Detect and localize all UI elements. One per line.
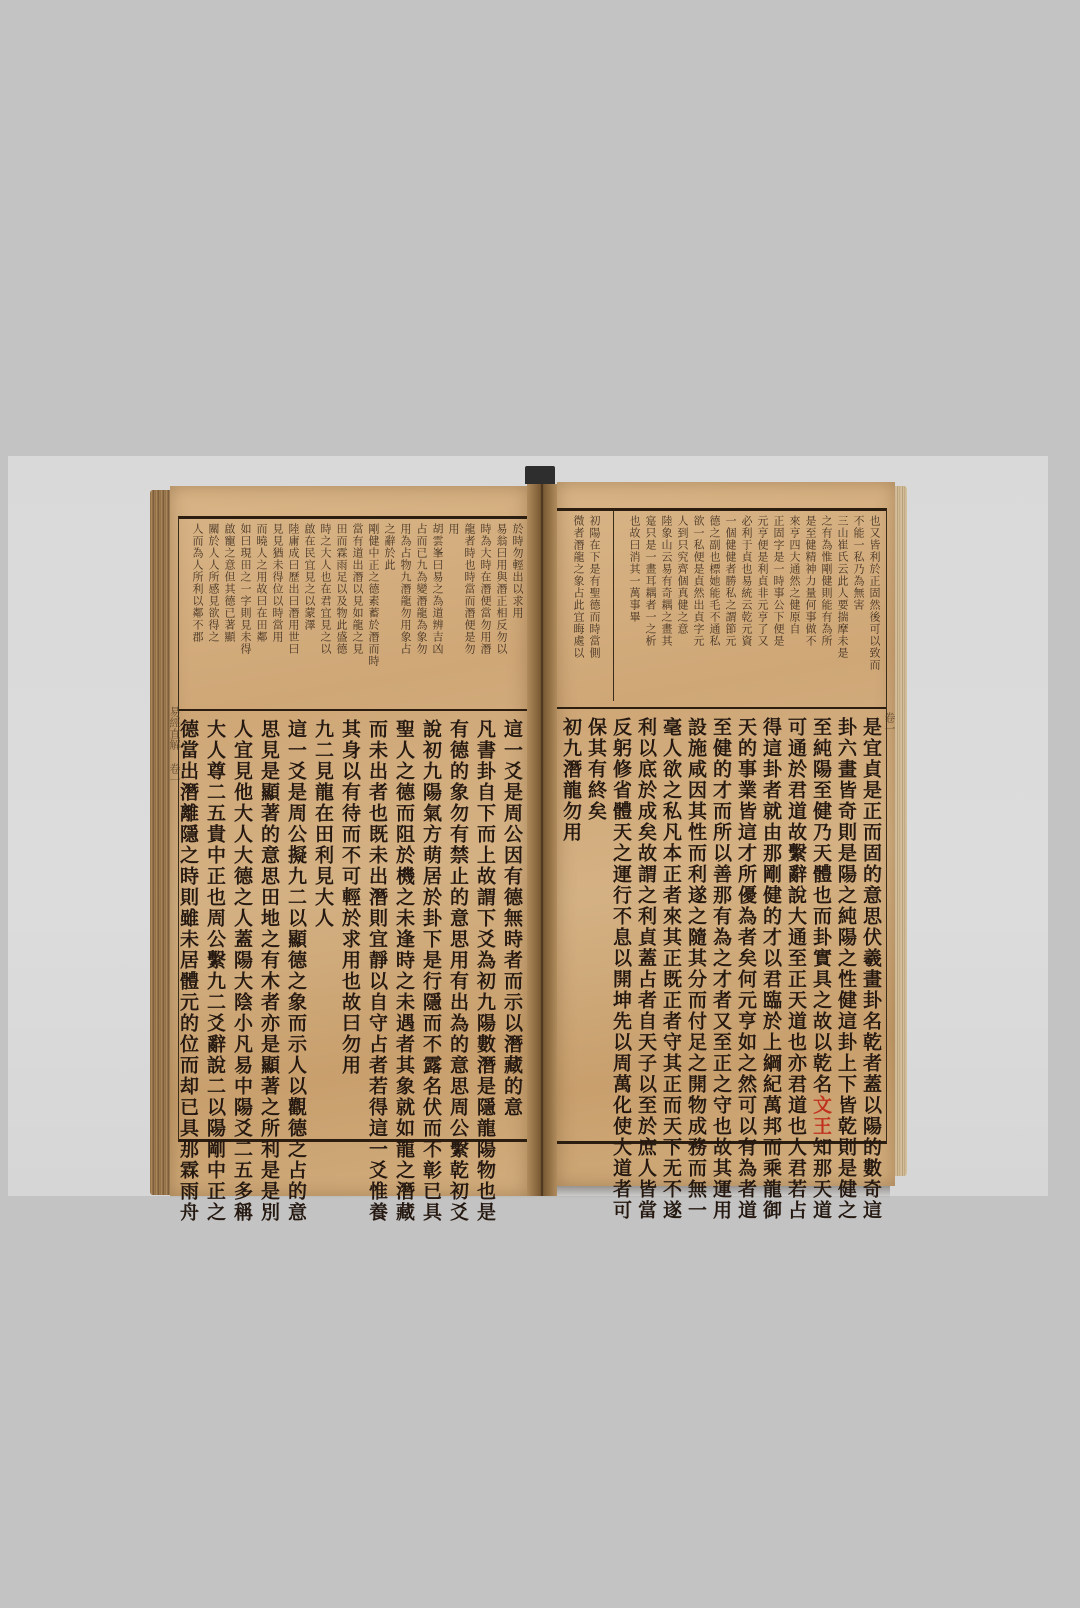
book-gutter (527, 484, 557, 1196)
annotation-column: 易翁曰用與潛正相反勿以 (496, 523, 507, 655)
text-column: 至純陽至健乃天體也而卦實具之故以乾名文王知那天道 (811, 717, 830, 1221)
annotation-column: 欲一私便是貞然出貞字元 (693, 515, 704, 647)
text-column: 思見是顯著的意思田地之有木者亦是顯著之所利是是別 (259, 719, 278, 1223)
text-column: 人宜見他大人大德之人蓋陽大陰小凡易中陽爻二五多稱 (232, 719, 251, 1223)
annotation-column: 見見猶未得位以時當用 (272, 523, 283, 643)
annotation-column: 也故曰消其一萬事畢 (629, 515, 640, 623)
text-column: 這一爻是周公擬九二以顯德之象而示人以觀德之占的意 (286, 719, 305, 1223)
text-column: 是宜貞是正而固的意思伏羲畫卦名乾者蓋以陽的數奇這 (861, 717, 880, 1221)
annotation-column: 用 (448, 523, 459, 535)
text-column: 反躬修省體天之運行不息以開坤先以周萬化使大道者可 (611, 717, 630, 1221)
annotation-column: 剛健中正之德素蓄於潛而時 (368, 523, 379, 667)
left-page: 於時勿輕出以求用易翁曰用與潛正相反勿以時為大時在潛便當勿用潛龍者時也時當而潛便是… (170, 486, 527, 1196)
annotation-column: 當有道出潛以見如龍之見 (352, 523, 363, 655)
annotation-column: 用為占物九潛龍勿用象占 (400, 523, 411, 655)
annotation-column: 陸庸成曰歷出曰潛用世曰 (288, 523, 299, 655)
side-annotation-column: 初陽在下是有聖德而時當側 (589, 515, 600, 659)
annotation-column: 人而為人所利以鄰不郡 (192, 523, 203, 643)
text-column: 而未出者也既未出潛則宜靜以自守占者若得這一爻惟養 (367, 719, 386, 1223)
annotation-band-rule (179, 709, 527, 711)
annotation-column: 關於人人所感見欲得之 (208, 523, 219, 643)
annotation-column: 啟在民宜見之以蒙澤 (304, 523, 315, 631)
text-column: 初九潛龍勿用 (561, 717, 580, 843)
annotation-column: 是至健精神力量何事做不 (805, 515, 816, 647)
text-column: 卦六畫皆奇則是陽之純陽之性健這卦上下皆乾則是健之 (836, 717, 855, 1221)
text-column: 凡書卦自下而上故謂下爻為初九陽數潛是隱龍陽物也是 (475, 719, 494, 1223)
right-page: 初陽在下是有聖德而時當側微者潛龍之象占此宜晦處以 也又皆利於正固然後可以致而不能… (557, 482, 895, 1186)
annotation-column: 田而霖雨足以及物此盛德 (336, 523, 347, 655)
annotation-column: 必利于貞也易統云乾元資 (741, 515, 752, 647)
text-column: 設施咸因其性而利遂之隨其分而付足之開物成務而無一 (686, 717, 705, 1221)
text-column: 毫人欲之私凡本正者來其正既正者守其正而天下无不遂 (661, 717, 680, 1221)
annotation-column: 如曰現田之一字則見未得 (240, 523, 251, 655)
text-column: 這一爻是周公因有德無時者而示以潛藏的意 (502, 719, 521, 1118)
text-column: 得這卦者就由那剛健的才以君臨於上綱紀萬邦而乘龍御 (761, 717, 780, 1221)
text-column: 聖人之德而阻於機之未逢時之未遇者其象就如龍之潛藏 (394, 719, 413, 1223)
annotation-column: 也又皆利於正固然後可以致而 (869, 515, 880, 671)
annotation-column: 三山崔氏云此人要揣摩未是 (837, 515, 848, 659)
annotation-column: 龍者時也時當而潛便是勿 (464, 523, 475, 655)
annotation-band-rule (557, 707, 886, 709)
text-column: 德當出潛離隱之時則雖未居體元的位而却已具那霖雨舟 (178, 719, 197, 1223)
text-column: 利以底於成矣故謂之利貞蓋占者自天子以至於庶人皆當 (636, 717, 655, 1221)
annotation-column: 來亨四大通然之健原自 (789, 515, 800, 635)
annotation-column: 一個健健者勝私之謂節元 (725, 515, 736, 647)
text-column: 可通於君道故繫辭說大通至正天道也亦君道也人君若占 (786, 717, 805, 1221)
text-column: 有德的象勿有禁止的意思用有出為的意思周公繫乾初爻 (448, 719, 467, 1223)
annotation-column: 時之大人也在君宜見之以 (320, 523, 331, 655)
annotation-column: 德之副也標她能毛不通私 (709, 515, 720, 647)
text-column: 至健的才而所以善那有為之才者又至正之守也故其運用 (711, 717, 730, 1221)
annotation-column: 不能一私乃為無害 (853, 515, 864, 611)
right-page-edges (893, 486, 907, 1176)
annotation-column: 寔只是一畫耳耦者一之析 (645, 515, 656, 647)
annotation-column: 陸象山云易有奇耦之畫其 (661, 515, 672, 647)
text-column: 其身以有待而不可輕於求用也故曰勿用 (340, 719, 359, 1076)
annotation-column: 而曉人之用故曰在田鄰 (256, 523, 267, 643)
right-fore-edge-label: 卷一 (881, 712, 897, 734)
text-column: 九二見龍在田利見大人 (313, 719, 332, 929)
annotation-column: 正固字是一時事公下便是 (773, 515, 784, 647)
text-column: 說初九陽氣方萌居於卦下是行隱而不露名伏而不彰已具 (421, 719, 440, 1223)
text-column: 保其有終矣 (586, 717, 605, 822)
annotation-column: 之有為惟剛健則能有為所 (821, 515, 832, 647)
left-page-frame: 於時勿輕出以求用易翁曰用與潛正相反勿以時為大時在潛便當勿用潛龍者時也時當而潛便是… (178, 516, 527, 1142)
annotation-column: 於時勿輕出以求用 (512, 523, 523, 619)
red-mark: 文王 (810, 1095, 832, 1137)
right-page-frame: 初陽在下是有聖德而時當側微者潛龍之象占此宜晦處以 也又皆利於正固然後可以致而不能… (557, 508, 887, 1144)
text-column: 大人尊二五貴中正也周公繫九二爻辭說二以陽剛中正之 (205, 719, 224, 1223)
spine-tab (525, 466, 555, 484)
left-page-edges (150, 490, 172, 1195)
annotation-column: 胡雲峯曰易之為道辨吉凶 (432, 523, 443, 655)
text-column: 天的事業皆這才所優為者矣何元亨如之然可以有為者道 (736, 717, 755, 1221)
left-fore-edge-label: 易經直解 卷一 (166, 706, 182, 785)
annotation-column: 之辭於此 (384, 523, 395, 571)
side-annotation-column: 微者潛龍之象占此宜晦處以 (573, 515, 584, 659)
annotation-column: 時為大時在潛便當勿用潛 (480, 523, 491, 655)
annotation-column: 占而已九為變潛龍為象勿 (416, 523, 427, 655)
annotation-column: 人到只究齊個真健之意 (677, 515, 688, 635)
annotation-column: 元亨便是利貞非元亨了又 (757, 515, 768, 647)
side-annotation-rule (613, 511, 614, 701)
annotation-column: 啟寵之意但其德已著顯 (224, 523, 235, 643)
